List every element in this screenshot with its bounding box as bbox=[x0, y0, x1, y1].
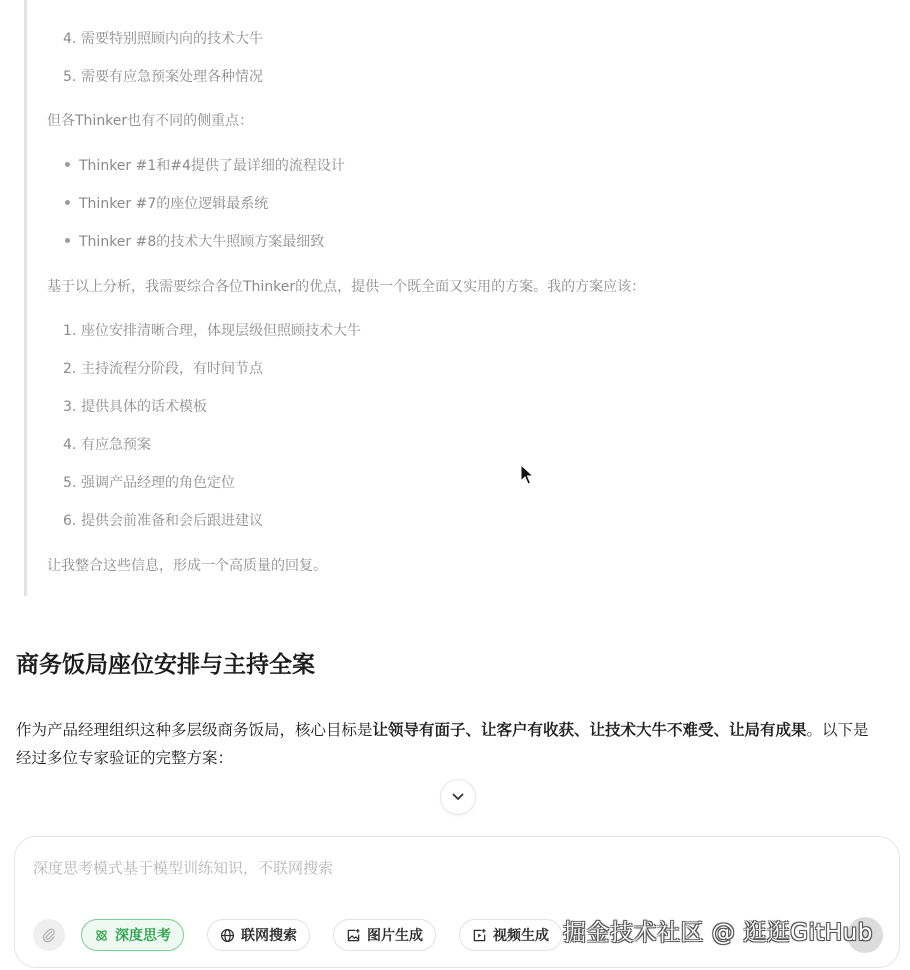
video-generation-button[interactable]: 视频生成 bbox=[459, 919, 562, 951]
thinking-list-item: 6.提供会前准备和会后跟进建议 bbox=[63, 510, 263, 530]
thinking-list-item: 3.提供具体的话术模板 bbox=[63, 396, 207, 416]
bullet-dot-icon bbox=[65, 200, 70, 205]
image-plus-icon bbox=[346, 928, 361, 943]
bullet-dot-icon bbox=[65, 238, 70, 243]
chevron-down-icon bbox=[451, 790, 465, 804]
globe-icon bbox=[220, 928, 235, 943]
deep-think-toggle[interactable]: 深度思考 bbox=[81, 919, 184, 951]
bullet-dot-icon bbox=[65, 162, 70, 167]
watermark: 掘金技术社区 @ 逛逛GitHub bbox=[563, 914, 873, 947]
thinking-bullet-item: Thinker #7的座位逻辑最系统 bbox=[65, 193, 268, 213]
thinking-list-item: 4.有应急预案 bbox=[63, 434, 151, 454]
thinking-bullet-item: Thinker #1和#4提供了最详细的流程设计 bbox=[65, 155, 345, 175]
answer-title: 商务饭局座位安排与主持全案 bbox=[16, 646, 315, 679]
attach-button[interactable] bbox=[33, 919, 65, 951]
answer-intro: 作为产品经理组织这种多层级商务饭局，核心目标是让领导有面子、让客户有收获、让技术… bbox=[16, 716, 884, 772]
thinking-paragraph: 但各Thinker也有不同的侧重点： bbox=[47, 110, 253, 130]
thinking-list-item: 1.座位安排清晰合理，体现层级但照顾技术大牛 bbox=[63, 320, 361, 340]
answer-intro-emphasis: 让领导有面子、让客户有收获、让技术大牛不难受、让局有成果 bbox=[373, 721, 807, 739]
web-search-toggle[interactable]: 联网搜索 bbox=[207, 919, 310, 951]
thinking-bullet-item: Thinker #8的技术大牛照顾方案最细致 bbox=[65, 231, 324, 251]
video-plus-icon bbox=[472, 928, 487, 943]
mouse-cursor-icon bbox=[520, 464, 534, 486]
thinking-paragraph: 基于以上分析，我需要综合各位Thinker的优点，提供一个既全面又实用的方案。我… bbox=[47, 276, 645, 296]
thinking-list-item: 2.主持流程分阶段，有时间节点 bbox=[63, 358, 263, 378]
thinking-block: 4.需要特别照顾内向的技术大牛 5.需要有应急预案处理各种情况 但各Thinke… bbox=[24, 0, 884, 596]
thinking-list-item: 5.需要有应急预案处理各种情况 bbox=[63, 66, 263, 86]
scroll-to-bottom-button[interactable] bbox=[440, 779, 476, 815]
atom-icon bbox=[94, 928, 109, 943]
thinking-list-item: 4.需要特别照顾内向的技术大牛 bbox=[63, 28, 263, 48]
paperclip-icon bbox=[41, 927, 57, 943]
image-generation-button[interactable]: 图片生成 bbox=[333, 919, 436, 951]
thinking-list-item: 5.强调产品经理的角色定位 bbox=[63, 472, 235, 492]
chat-composer: 深度思考 联网搜索 图片生成 视频生成 bbox=[14, 836, 900, 968]
thinking-paragraph: 让我整合这些信息，形成一个高质量的回复。 bbox=[47, 555, 327, 575]
message-input[interactable] bbox=[33, 859, 813, 877]
